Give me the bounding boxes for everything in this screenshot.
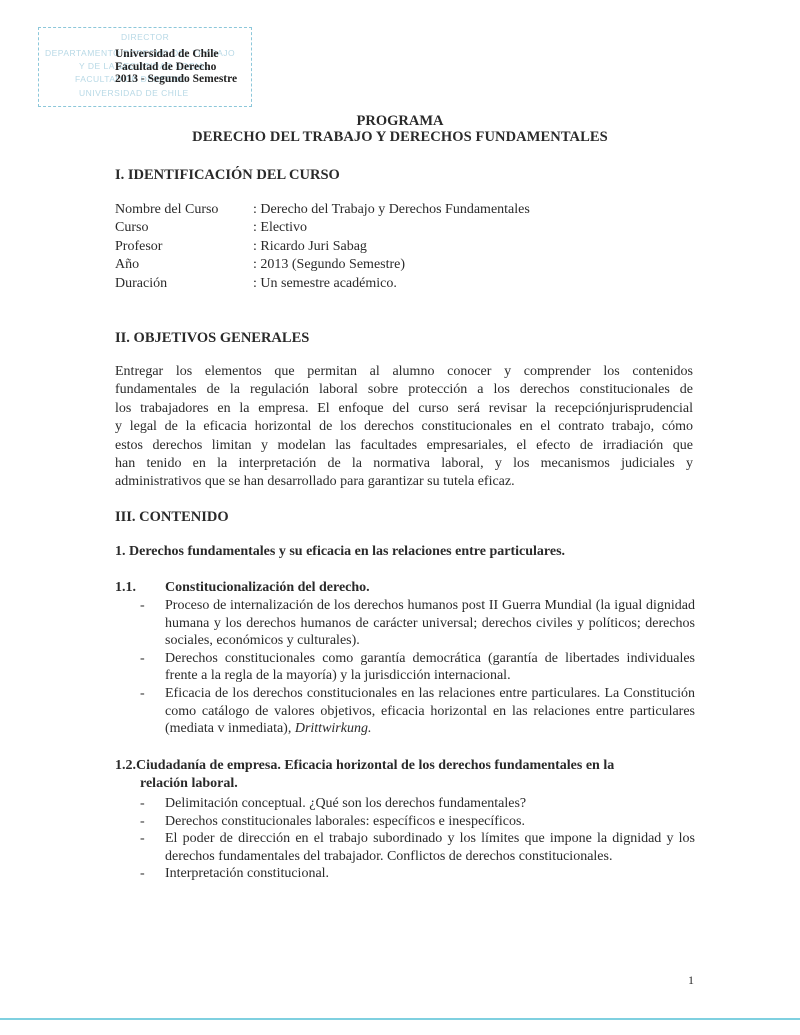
- subsection-1-1-number: 1.1.: [115, 580, 136, 596]
- info-value: : Ricardo Juri Sabag: [253, 238, 367, 256]
- course-info-row: Profesor: Ricardo Juri Sabag: [115, 238, 530, 256]
- list-item-text: Eficacia de los derechos constitucionale…: [165, 685, 695, 738]
- bullet-dash: -: [140, 830, 165, 865]
- bullet-dash: -: [140, 685, 165, 738]
- stamp-university: Universidad de Chile: [115, 48, 237, 61]
- list-item: - Proceso de internalización de los dere…: [140, 597, 695, 650]
- list-item: - Eficacia de los derechos constituciona…: [140, 685, 695, 738]
- stamp-text: Universidad de Chile Facultad de Derecho…: [115, 48, 237, 86]
- page-number: 1: [688, 973, 694, 988]
- paragraph-line: han tenido en la interpretación de la no…: [115, 455, 693, 473]
- subsection-1-2-title-cont: relación laboral.: [140, 776, 238, 792]
- list-item-text: Interpretación constitucional.: [165, 865, 695, 883]
- paragraph-line: y legal de la eficacia horizontal de los…: [115, 418, 693, 436]
- bullet-dash: -: [140, 865, 165, 883]
- stamp-semester: 2013 - Segundo Semestre: [115, 73, 237, 86]
- section-objectives-heading: II. OBJETIVOS GENERALES: [115, 330, 309, 347]
- italic-term: Drittwirkung.: [295, 721, 372, 736]
- list-item-text: Derechos constitucionales como garantía …: [165, 650, 695, 685]
- objectives-paragraph: Entregar los elementos que permitan al a…: [115, 363, 693, 492]
- list-item-text: El poder de dirección en el trabajo subo…: [165, 830, 695, 865]
- bullet-dash: -: [140, 813, 165, 831]
- paragraph-line: los trabajadores en la empresa. El enfoq…: [115, 400, 693, 418]
- info-label: Profesor: [115, 238, 253, 256]
- subsection-1-1-title: Constitucionalización del derecho.: [165, 580, 370, 596]
- document-title: PROGRAMA: [0, 113, 800, 130]
- list-item-text-main: Eficacia de los derechos constitucionale…: [165, 686, 695, 736]
- list-item: - Derechos constitucionales como garantí…: [140, 650, 695, 685]
- list-item-text: Delimitación conceptual. ¿Qué son los de…: [165, 795, 695, 813]
- stamp-faint-line: DIRECTOR: [121, 32, 169, 42]
- info-value: : Electivo: [253, 219, 307, 237]
- page-bottom-rule: [0, 1018, 800, 1020]
- list-item: - Interpretación constitucional.: [140, 865, 695, 883]
- paragraph-line: estos derechos limitan y modelan las fac…: [115, 437, 693, 455]
- info-value: : Derecho del Trabajo y Derechos Fundame…: [253, 201, 530, 219]
- stamp-faint-line: UNIVERSIDAD DE CHILE: [79, 88, 189, 98]
- list-item: - El poder de dirección en el trabajo su…: [140, 830, 695, 865]
- paragraph-line: Entregar los elementos que permitan al a…: [115, 363, 693, 381]
- course-info-row: Duración: Un semestre académico.: [115, 275, 530, 293]
- bullet-dash: -: [140, 795, 165, 813]
- list-item: - Delimitación conceptual. ¿Qué son los …: [140, 795, 695, 813]
- section-content-heading: III. CONTENIDO: [115, 509, 229, 526]
- unit-1-heading: 1. Derechos fundamentales y su eficacia …: [115, 544, 565, 560]
- paragraph-line: administrativos que se han desarrollado …: [115, 473, 693, 491]
- bullet-dash: -: [140, 597, 165, 650]
- subsection-1-2-title: 1.2.Ciudadanía de empresa. Eficacia hori…: [115, 758, 614, 774]
- info-label: Año: [115, 256, 253, 274]
- course-info-row: Nombre del Curso: Derecho del Trabajo y …: [115, 201, 530, 219]
- course-info-table: Nombre del Curso: Derecho del Trabajo y …: [115, 201, 530, 293]
- university-stamp: DIRECTOR DEPARTAMENTO DERECHO DEL TRABAJ…: [38, 27, 252, 107]
- bullet-dash: -: [140, 650, 165, 685]
- paragraph-line: fundamentales de la regulación laboral s…: [115, 381, 693, 399]
- subsection-1-2-list: - Delimitación conceptual. ¿Qué son los …: [140, 795, 695, 883]
- subsection-1-1-list: - Proceso de internalización de los dere…: [140, 597, 695, 738]
- list-item: - Derechos constitucionales laborales: e…: [140, 813, 695, 831]
- list-item-text: Derechos constitucionales laborales: esp…: [165, 813, 695, 831]
- info-label: Curso: [115, 219, 253, 237]
- stamp-faculty: Facultad de Derecho: [115, 61, 237, 74]
- document-subtitle: DERECHO DEL TRABAJO Y DERECHOS FUNDAMENT…: [0, 129, 800, 146]
- info-label: Duración: [115, 275, 253, 293]
- info-value: : 2013 (Segundo Semestre): [253, 256, 405, 274]
- course-info-row: Año: 2013 (Segundo Semestre): [115, 256, 530, 274]
- info-label: Nombre del Curso: [115, 201, 253, 219]
- info-value: : Un semestre académico.: [253, 275, 397, 293]
- list-item-text: Proceso de internalización de los derech…: [165, 597, 695, 650]
- section-identification-heading: I. IDENTIFICACIÓN DEL CURSO: [115, 167, 340, 184]
- course-info-row: Curso: Electivo: [115, 219, 530, 237]
